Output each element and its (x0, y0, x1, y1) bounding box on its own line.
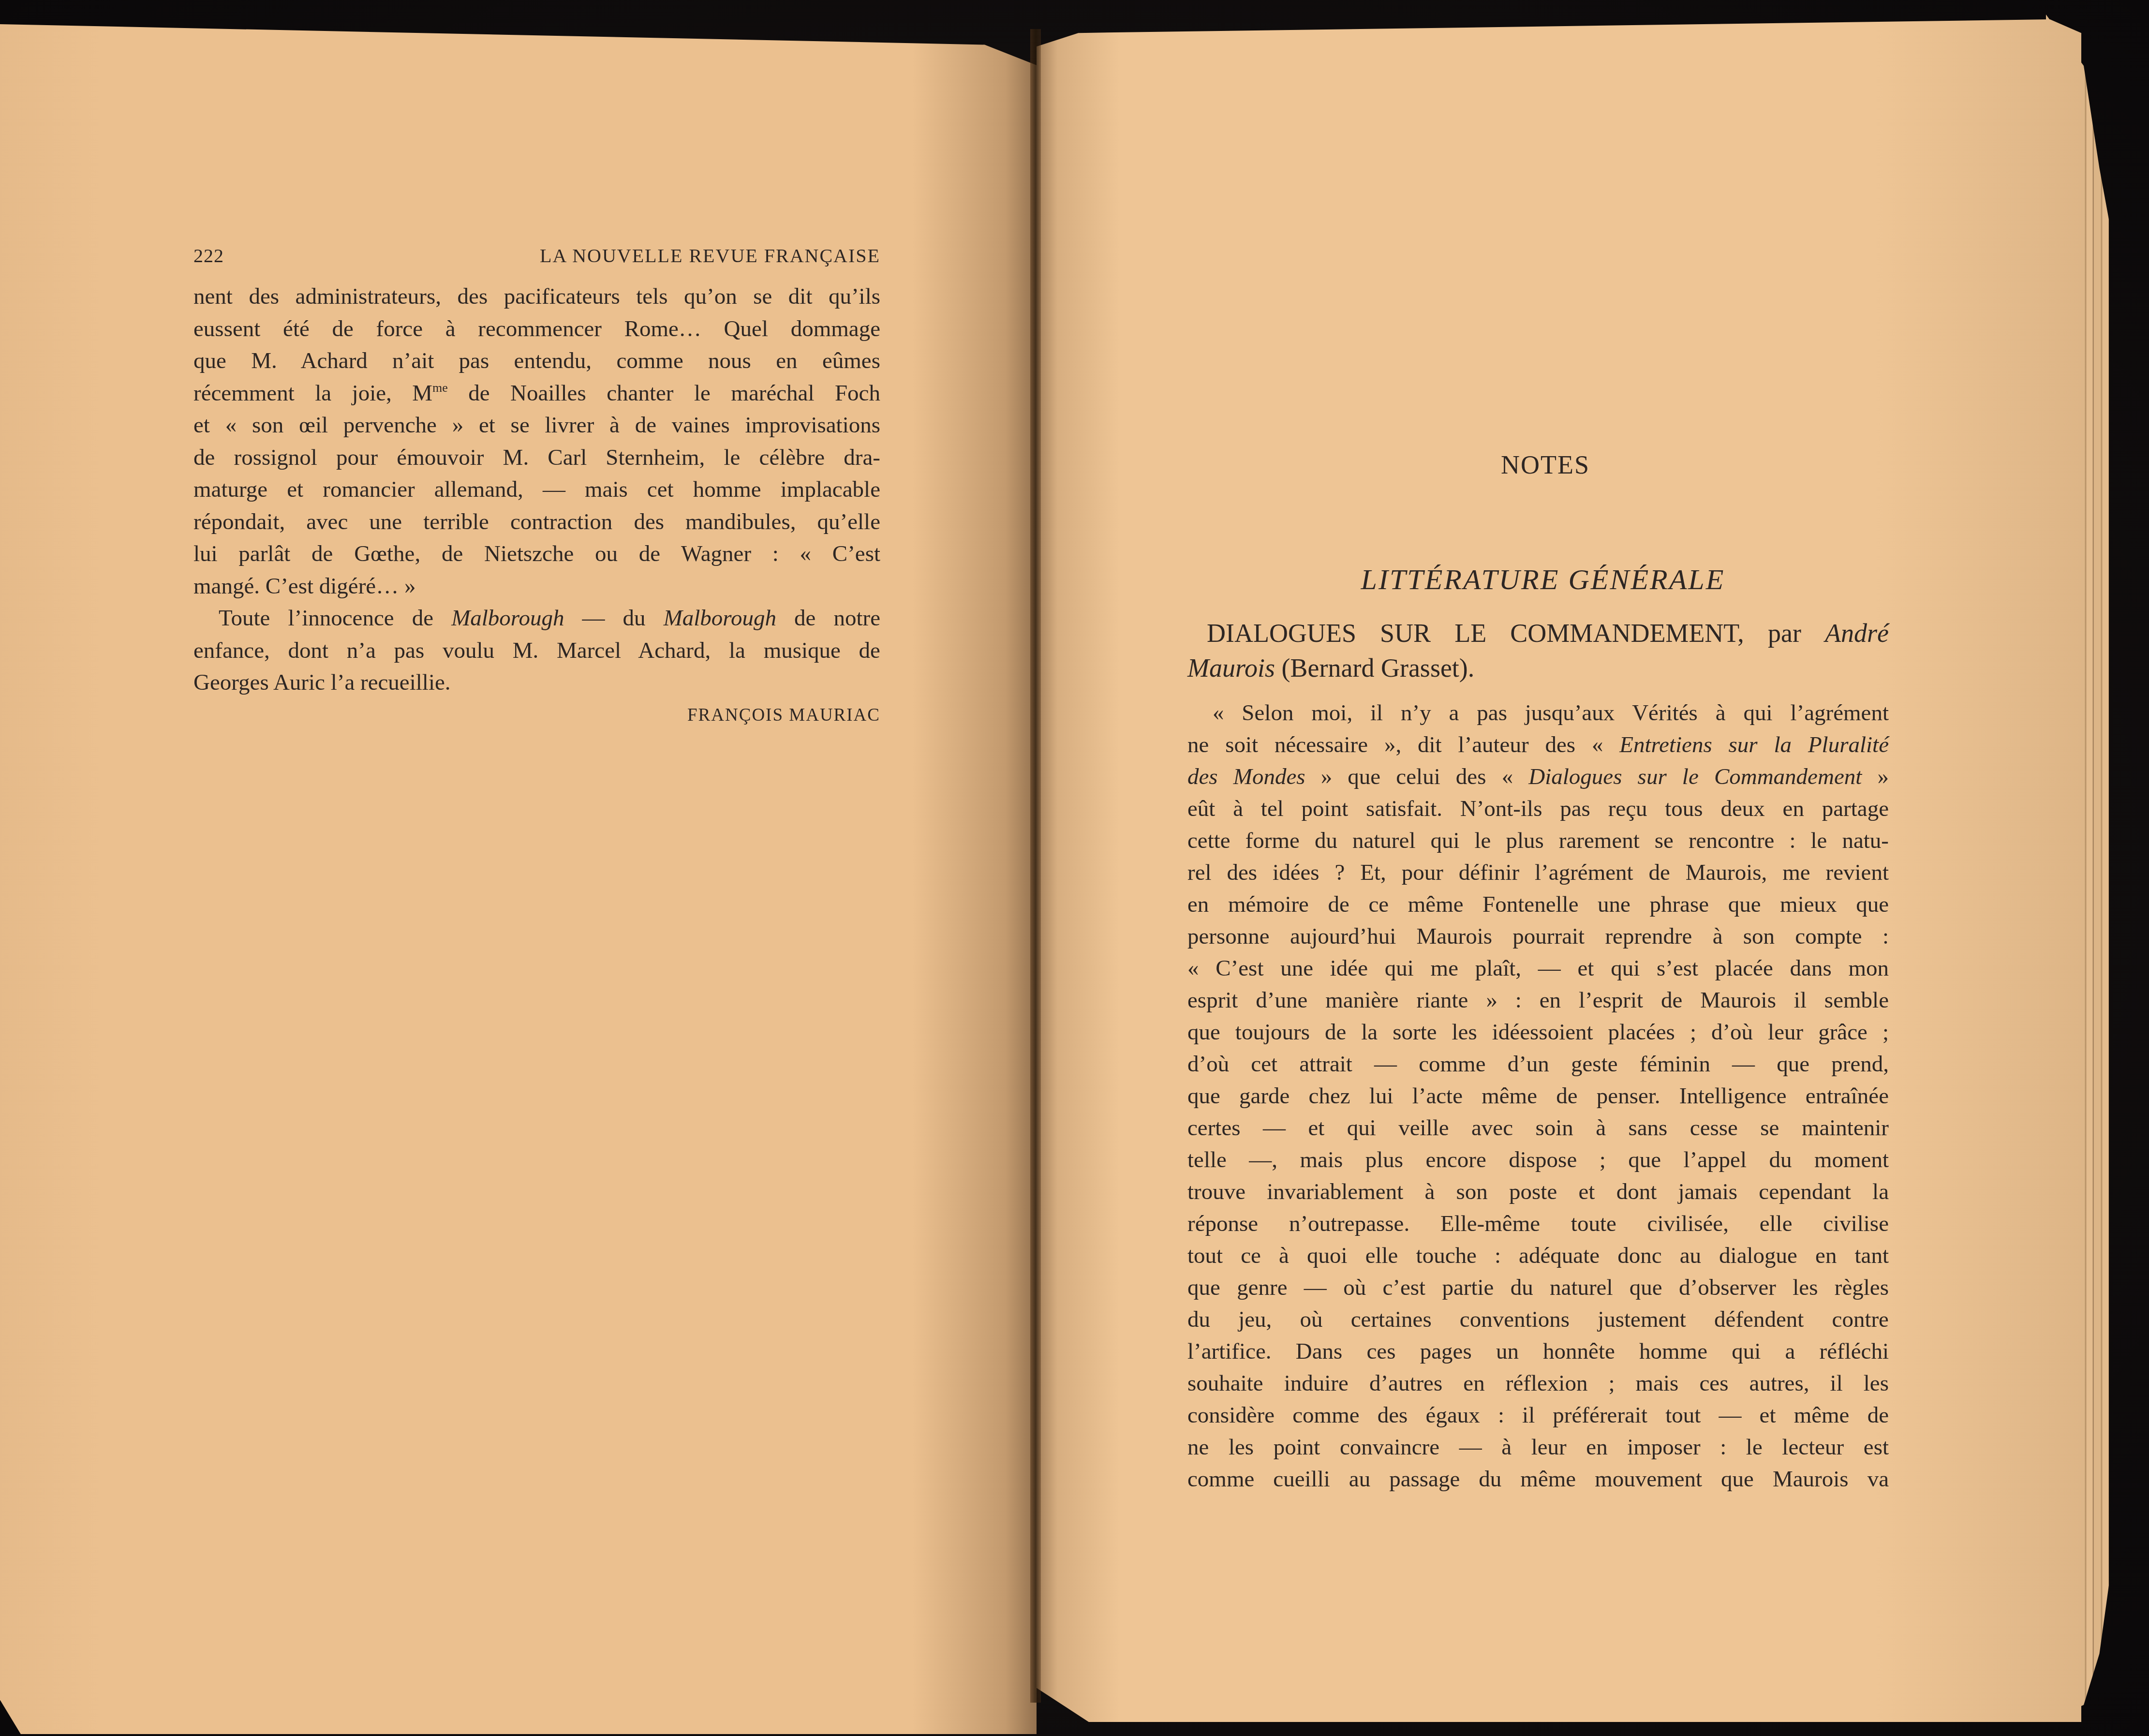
text-line: maturge et romancier allemand, — mais ce… (193, 474, 880, 506)
text-line: certes — et qui veille avec soin à sans … (1187, 1112, 1889, 1144)
text-line: et « son œil pervenche » et se livrer à … (193, 409, 880, 442)
running-header: 222 LA NOUVELLE REVUE FRANÇAISE (193, 244, 880, 267)
italic-title: Entretiens sur la Pluralité (1619, 732, 1889, 757)
italic-title: des Mondes (1187, 764, 1305, 789)
book-spread-photo: 222 LA NOUVELLE REVUE FRANÇAISE nent des… (0, 0, 2149, 1736)
text-line: en mémoire de ce même Fontenelle une phr… (1187, 889, 1889, 920)
text-line: « C’est une idée qui me plaît, — et qui … (1187, 952, 1889, 984)
running-head-title: LA NOUVELLE REVUE FRANÇAISE (540, 244, 880, 267)
text-line: d’où cet attrait — comme d’un geste fémi… (1187, 1048, 1889, 1080)
publisher: (Bernard Grasset). (1275, 653, 1474, 683)
text-line: réponse n’outrepasse. Elle-même toute ci… (1187, 1208, 1889, 1240)
paragraph-1: nent des administrateurs, des pacificate… (193, 281, 880, 602)
text-line: lui parlât de Gœthe, de Nietszche ou de … (193, 538, 880, 570)
text-fragment: ne soit nécessaire », dit l’auteur des « (1187, 732, 1619, 757)
paragraph-2: Toute l’innocence de Malborough — du Mal… (193, 602, 880, 699)
text-line: « Selon moi, il n’y a pas jusqu’aux Véri… (1187, 697, 1889, 729)
text-line: esprit d’une manière riante » : en l’esp… (1187, 984, 1889, 1016)
text-fragment: — du (564, 606, 663, 631)
review-body: « Selon moi, il n’y a pas jusqu’aux Véri… (1187, 697, 1889, 1495)
text-line: telle —, mais plus encore dispose ; que … (1187, 1144, 1889, 1176)
text-line: mangé. C’est digéré… » (193, 570, 880, 603)
author-last-name: Maurois (1187, 653, 1275, 683)
book-spine-gutter (1030, 29, 1041, 1703)
text-line: des Mondes » que celui des « Dialogues s… (1187, 761, 1889, 793)
italic-title: Malborough (664, 606, 776, 631)
author-signature: FRANÇOIS MAURIAC (193, 705, 880, 726)
text-line: répondait, avec une terrible contraction… (193, 506, 880, 538)
text-line: rel des idées ? Et, pour définir l’agrém… (1187, 857, 1889, 889)
text-line: ne les point convaincre — à leur en impo… (1187, 1431, 1889, 1463)
text-line: personne aujourd’hui Maurois pourrait re… (1187, 920, 1889, 952)
text-line: du jeu, où certaines conventions justeme… (1187, 1304, 1889, 1335)
review-title: DIALOGUES SUR LE COMMANDEMENT, par André… (1187, 616, 1889, 685)
text-line: que genre — où c’est partie du naturel q… (1187, 1272, 1889, 1304)
text-line: récemment la joie, Mme de Noailles chant… (193, 377, 880, 410)
text-fragment: » que celui des « (1305, 764, 1529, 789)
left-page-text: 222 LA NOUVELLE REVUE FRANÇAISE nent des… (193, 244, 880, 726)
superscript: me (432, 381, 448, 395)
review-title-line: DIALOGUES SUR LE COMMANDEMENT, par André (1187, 616, 1889, 651)
right-page-text: NOTES LITTÉRATURE GÉNÉRALE DIALOGUES SUR… (1187, 435, 1889, 1495)
page-number: 222 (193, 244, 224, 267)
text-line: considère comme des égaux : il préférera… (1187, 1399, 1889, 1431)
book-title: DIALOGUES SUR LE COMMANDEMENT, par (1207, 619, 1825, 648)
italic-title: Malborough (451, 606, 564, 631)
text-fragment: » (1862, 764, 1889, 789)
text-line: Toute l’innocence de Malborough — du Mal… (193, 602, 880, 635)
section-heading: NOTES (1187, 450, 1889, 480)
text-line: eût à tel point satisfait. N’ont-ils pas… (1187, 793, 1889, 825)
text-line: l’artifice. Dans ces pages un honnête ho… (1187, 1335, 1889, 1367)
text-line: de rossignol pour émouvoir M. Carl Stern… (193, 442, 880, 474)
text-line: eussent été de force à recommencer Rome…… (193, 313, 880, 345)
text-fragment: Toute l’innocence de (219, 606, 451, 631)
text-line: Georges Auric l’a recueillie. (193, 667, 880, 699)
author-first-name: André (1825, 619, 1889, 648)
text-line: souhaite induire d’autres en réflexion ;… (1187, 1367, 1889, 1399)
text-line: comme cueilli au passage du même mouveme… (1187, 1463, 1889, 1495)
text-line: cette forme du naturel qui le plus rarem… (1187, 825, 1889, 857)
text-fragment: récemment la joie, M (193, 381, 432, 406)
italic-title: Dialogues sur le Commandement (1528, 764, 1862, 789)
text-line: que garde chez lui l’acte même de penser… (1187, 1080, 1889, 1112)
text-line: nent des administrateurs, des pacificate… (193, 281, 880, 313)
text-fragment: de Noailles chanter le maréchal Foch (448, 381, 880, 406)
text-line: enfance, dont n’a pas voulu M. Marcel Ac… (193, 635, 880, 667)
text-line: que M. Achard n’ait pas entendu, comme n… (193, 345, 880, 377)
text-line: trouve invariablement à son poste et don… (1187, 1176, 1889, 1208)
text-line: tout ce à quoi elle touche : adéquate do… (1187, 1240, 1889, 1272)
category-heading: LITTÉRATURE GÉNÉRALE (1187, 563, 1889, 596)
review-title-line: Maurois (Bernard Grasset). (1187, 651, 1889, 685)
text-fragment: de notre (776, 606, 880, 631)
text-line: ne soit nécessaire », dit l’auteur des «… (1187, 729, 1889, 761)
text-line: que toujours de la sorte les idéessoient… (1187, 1016, 1889, 1048)
